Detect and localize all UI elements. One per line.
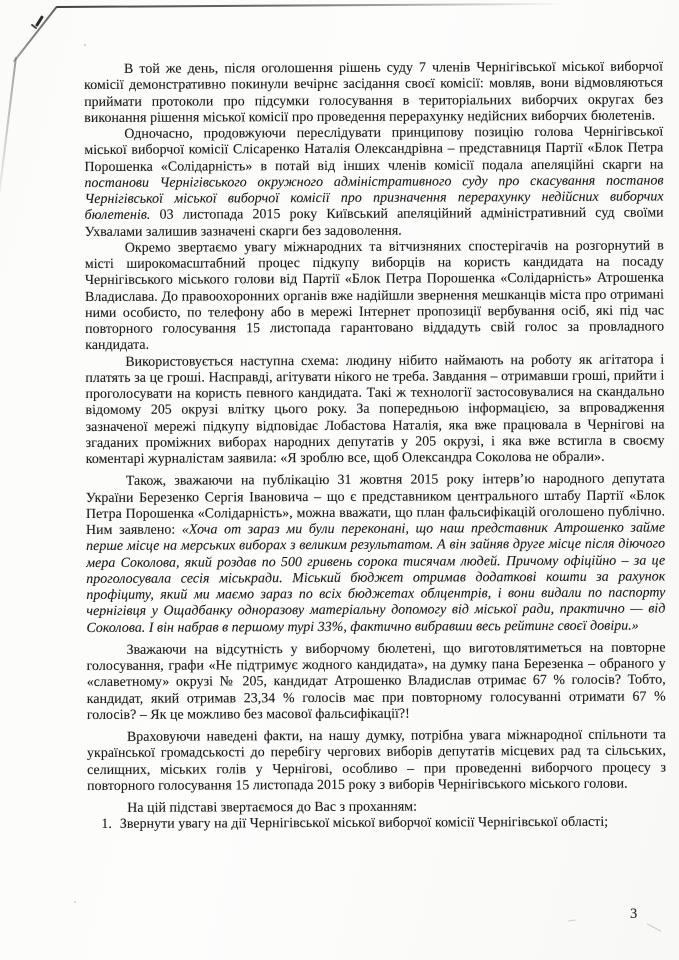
numbered-item-1: 1.Звернути увагу на дії Чернігівської мі…	[87, 815, 666, 834]
scan-speck	[74, 901, 76, 903]
paragraph-p7: Враховуючи наведені факти, на нашу думку…	[87, 727, 666, 795]
text-run: Зважаючи на відсутність у виборчому бюле…	[87, 640, 666, 723]
scanned-page: В той же день, після оголошення рішень с…	[0, 0, 679, 960]
paragraph-p2: Одночасно, продовжуючи переслідувати при…	[84, 124, 663, 240]
text-run: Враховуючи наведені факти, на нашу думку…	[87, 727, 666, 793]
page-number: 3	[630, 906, 637, 923]
text-run: Одночасно, продовжуючи переслідувати при…	[84, 124, 663, 174]
scan-left-edge-line-lower	[0, 57, 17, 216]
document-text: В той же день, після оголошення рішень с…	[84, 59, 666, 833]
text-run: В той же день, після оголошення рішень с…	[84, 59, 663, 125]
text-run: На цій підставі звертаємося до Вас з про…	[127, 800, 417, 816]
paragraph-p4: Використовується наступна схема: людину …	[85, 352, 664, 468]
scan-scratch	[568, 919, 576, 921]
text-run: 03 листопада 2015 року Київський апеляці…	[85, 206, 664, 240]
paragraph-p1: В той же день, після оголошення рішень с…	[84, 59, 663, 127]
italic-text-run: «Хоча от зараз ми були переконані, що на…	[86, 520, 665, 635]
scan-top-edge-line	[56, 3, 561, 8]
scan-scratch	[647, 923, 662, 932]
paragraph-p3: Окремо звертаємо увагу міжнародних та ві…	[85, 238, 664, 354]
paragraph-p5: Також, зважаючи на публікацію 31 жовтня …	[86, 472, 666, 637]
text-run: Використовується наступна схема: людину …	[85, 352, 664, 467]
scan-left-edge-line-upper	[13, 6, 58, 62]
text-run: Звернути увагу на дії Чернігівської місь…	[120, 815, 608, 832]
list-marker: 1.	[101, 817, 112, 832]
scan-speck	[84, 44, 86, 46]
text-run: Окремо звертаємо увагу міжнародних та ві…	[85, 238, 664, 353]
paragraph-p6: Зважаючи на відсутність у виборчому бюле…	[87, 640, 666, 724]
